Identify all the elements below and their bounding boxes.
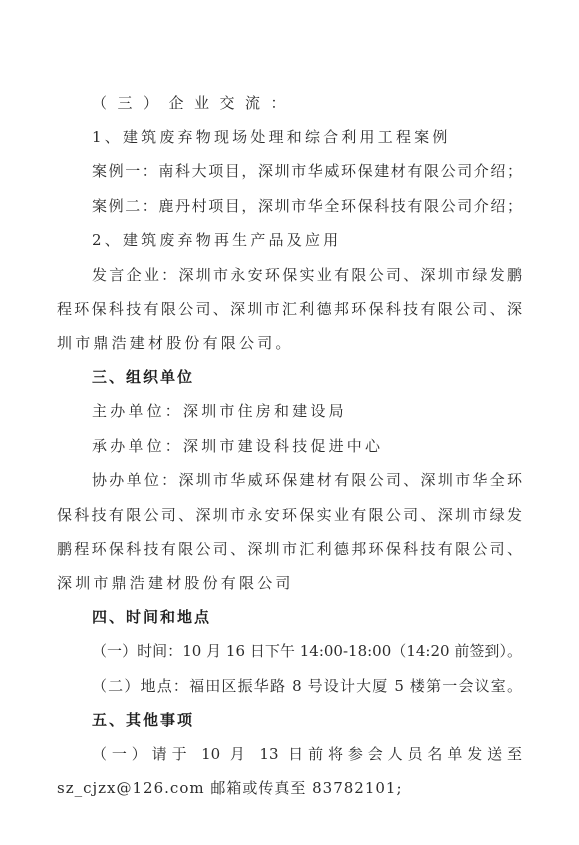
organizer-unit: 承办单位：深圳市建设科技促进中心: [92, 436, 522, 456]
co-organizers-line-1: 协办单位：深圳市华威环保建材有限公司、深圳市华全环: [92, 470, 522, 490]
host-unit: 主办单位：深圳市住房和建设局: [92, 401, 522, 421]
other-item-1-line-2: sz_cjzx@126.com 邮箱或传真至 83782101;: [57, 778, 522, 798]
section-exchange-title: （三）企业交流：: [92, 93, 522, 113]
co-organizers-line-2: 保科技有限公司、深圳市永安环保实业有限公司、深圳市绿发: [57, 505, 522, 525]
other-item-1-line-1: （一）请于 10 月 13 日前将参会人员名单发送至: [92, 744, 522, 764]
time-place-heading: 四、时间和地点: [92, 607, 522, 627]
co-organizers-line-3: 鹏程环保科技有限公司、深圳市汇利德邦环保科技有限公司、: [57, 539, 522, 559]
exchange-case-1: 案例一：南科大项目，深圳市华威环保建材有限公司介绍；: [92, 161, 522, 181]
organizers-heading: 三、组织单位: [92, 367, 522, 387]
exchange-item-2: 2、建筑废弃物再生产品及应用: [92, 230, 522, 250]
speakers-line-1: 发言企业：深圳市永安环保实业有限公司、深圳市绿发鹏: [92, 265, 522, 285]
meeting-time: （一）时间：10 月 16 日下午 14:00-18:00（14:20 前签到）…: [92, 641, 522, 661]
document-page: （三）企业交流： 1、建筑废弃物现场处理和综合利用工程案例 案例一：南科大项目，…: [0, 0, 579, 845]
speakers-line-2: 程环保科技有限公司、深圳市汇利德邦环保科技有限公司、深: [57, 299, 522, 319]
speakers-line-3: 圳市鼎浩建材股份有限公司。: [57, 333, 522, 353]
co-organizers-line-4: 深圳市鼎浩建材股份有限公司: [57, 573, 522, 593]
exchange-case-2: 案例二：鹿丹村项目，深圳市华全环保科技有限公司介绍；: [92, 196, 522, 216]
exchange-item-1: 1、建筑废弃物现场处理和综合利用工程案例: [92, 127, 522, 147]
other-matters-heading: 五、其他事项: [92, 710, 522, 730]
meeting-place: （二）地点：福田区振华路 8 号设计大厦 5 楼第一会议室。: [92, 676, 522, 696]
